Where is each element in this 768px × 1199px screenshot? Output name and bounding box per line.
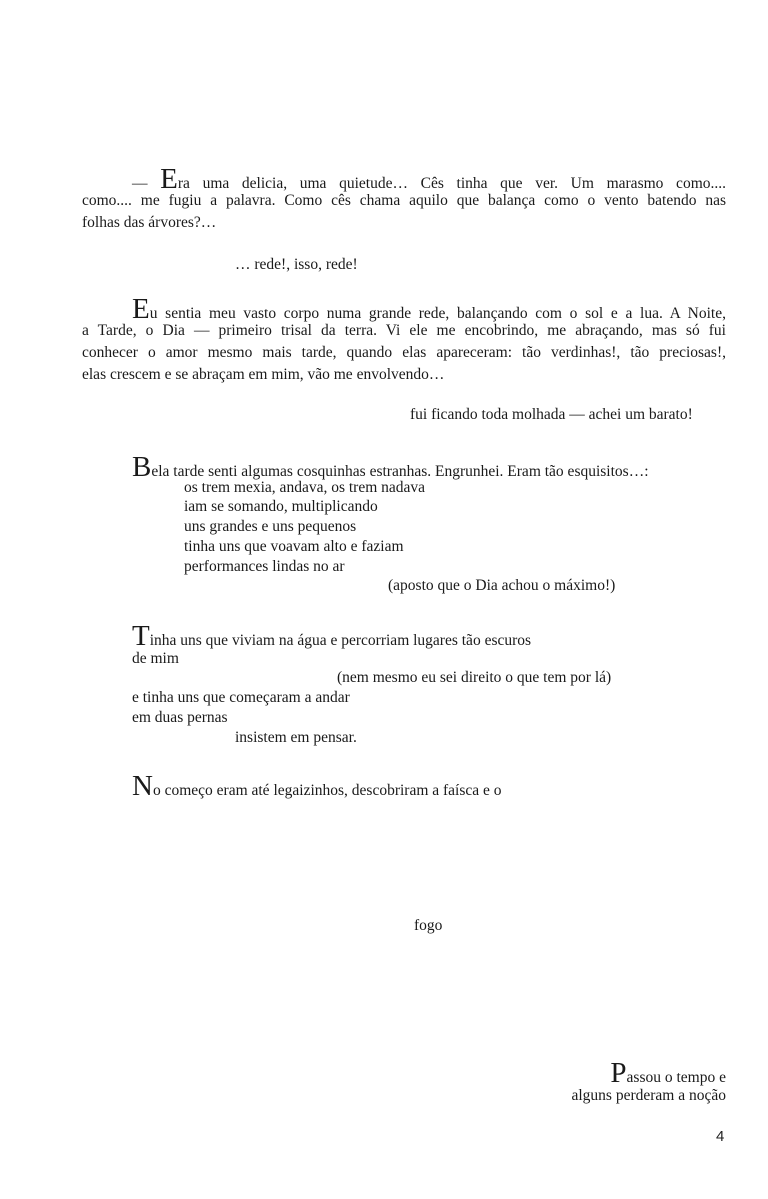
document-page: — Era uma delicia, uma quietude… Cês tin… (0, 0, 768, 1199)
verse-line: performances lindas no ar (184, 556, 345, 578)
stanza-2-line-4: em duas pernas (132, 707, 228, 729)
verse-line: iam se somando, multiplicando (184, 496, 378, 518)
verse-line: tinha uns que voavam alto e faziam (184, 536, 404, 558)
drop-cap: B (132, 451, 151, 483)
fogo-word: fogo (414, 915, 442, 937)
rede-line: … rede!, isso, rede! (235, 254, 358, 276)
molhada-line: fui ficando toda molhada — achei um bara… (410, 404, 693, 426)
paragraph-2-line-2: a Tarde, o Dia — primeiro trisal da terr… (82, 320, 726, 342)
page-number: 4 (716, 1128, 724, 1145)
closing-line-2: alguns perderam a noção (571, 1085, 726, 1107)
stanza-3-first-line: No começo eram até legaizinhos, descobri… (132, 775, 502, 802)
stanza-1-aside: (aposto que o Dia achou o máximo!) (388, 575, 615, 597)
paragraph-2-line-4: elas crescem e se abraçam em mim, vão me… (82, 364, 726, 386)
stanza-2-line-5: insistem em pensar. (235, 727, 357, 749)
paragraph-1: — Era uma delicia, uma quietude… Cês tin… (82, 168, 726, 234)
stanza-2-aside: (nem mesmo eu sei direito o que tem por … (337, 667, 611, 689)
paragraph-1-line-1: — Era uma delicia, uma quietude… Cês tin… (82, 168, 726, 190)
paragraph-2: Eu sentia meu vasto corpo numa grande re… (82, 298, 726, 386)
stanza-2-first-line: Tinha uns que viviam na água e percorria… (132, 625, 531, 652)
paragraph-2-line-3: conhecer o amor mesmo mais tarde, quando… (82, 342, 726, 364)
drop-cap: N (132, 770, 153, 802)
stanza-2-line-3: e tinha uns que começaram a andar (132, 687, 350, 709)
verse-line: uns grandes e uns pequenos (184, 516, 356, 538)
paragraph-2-line-1: Eu sentia meu vasto corpo numa grande re… (82, 298, 726, 320)
paragraph-1-line-3: folhas das árvores?… (82, 212, 726, 234)
paragraph-1-line-2: como.... me fugiu a palavra. Como cês ch… (82, 190, 726, 212)
stanza-2-line-2: de mim (132, 648, 179, 670)
